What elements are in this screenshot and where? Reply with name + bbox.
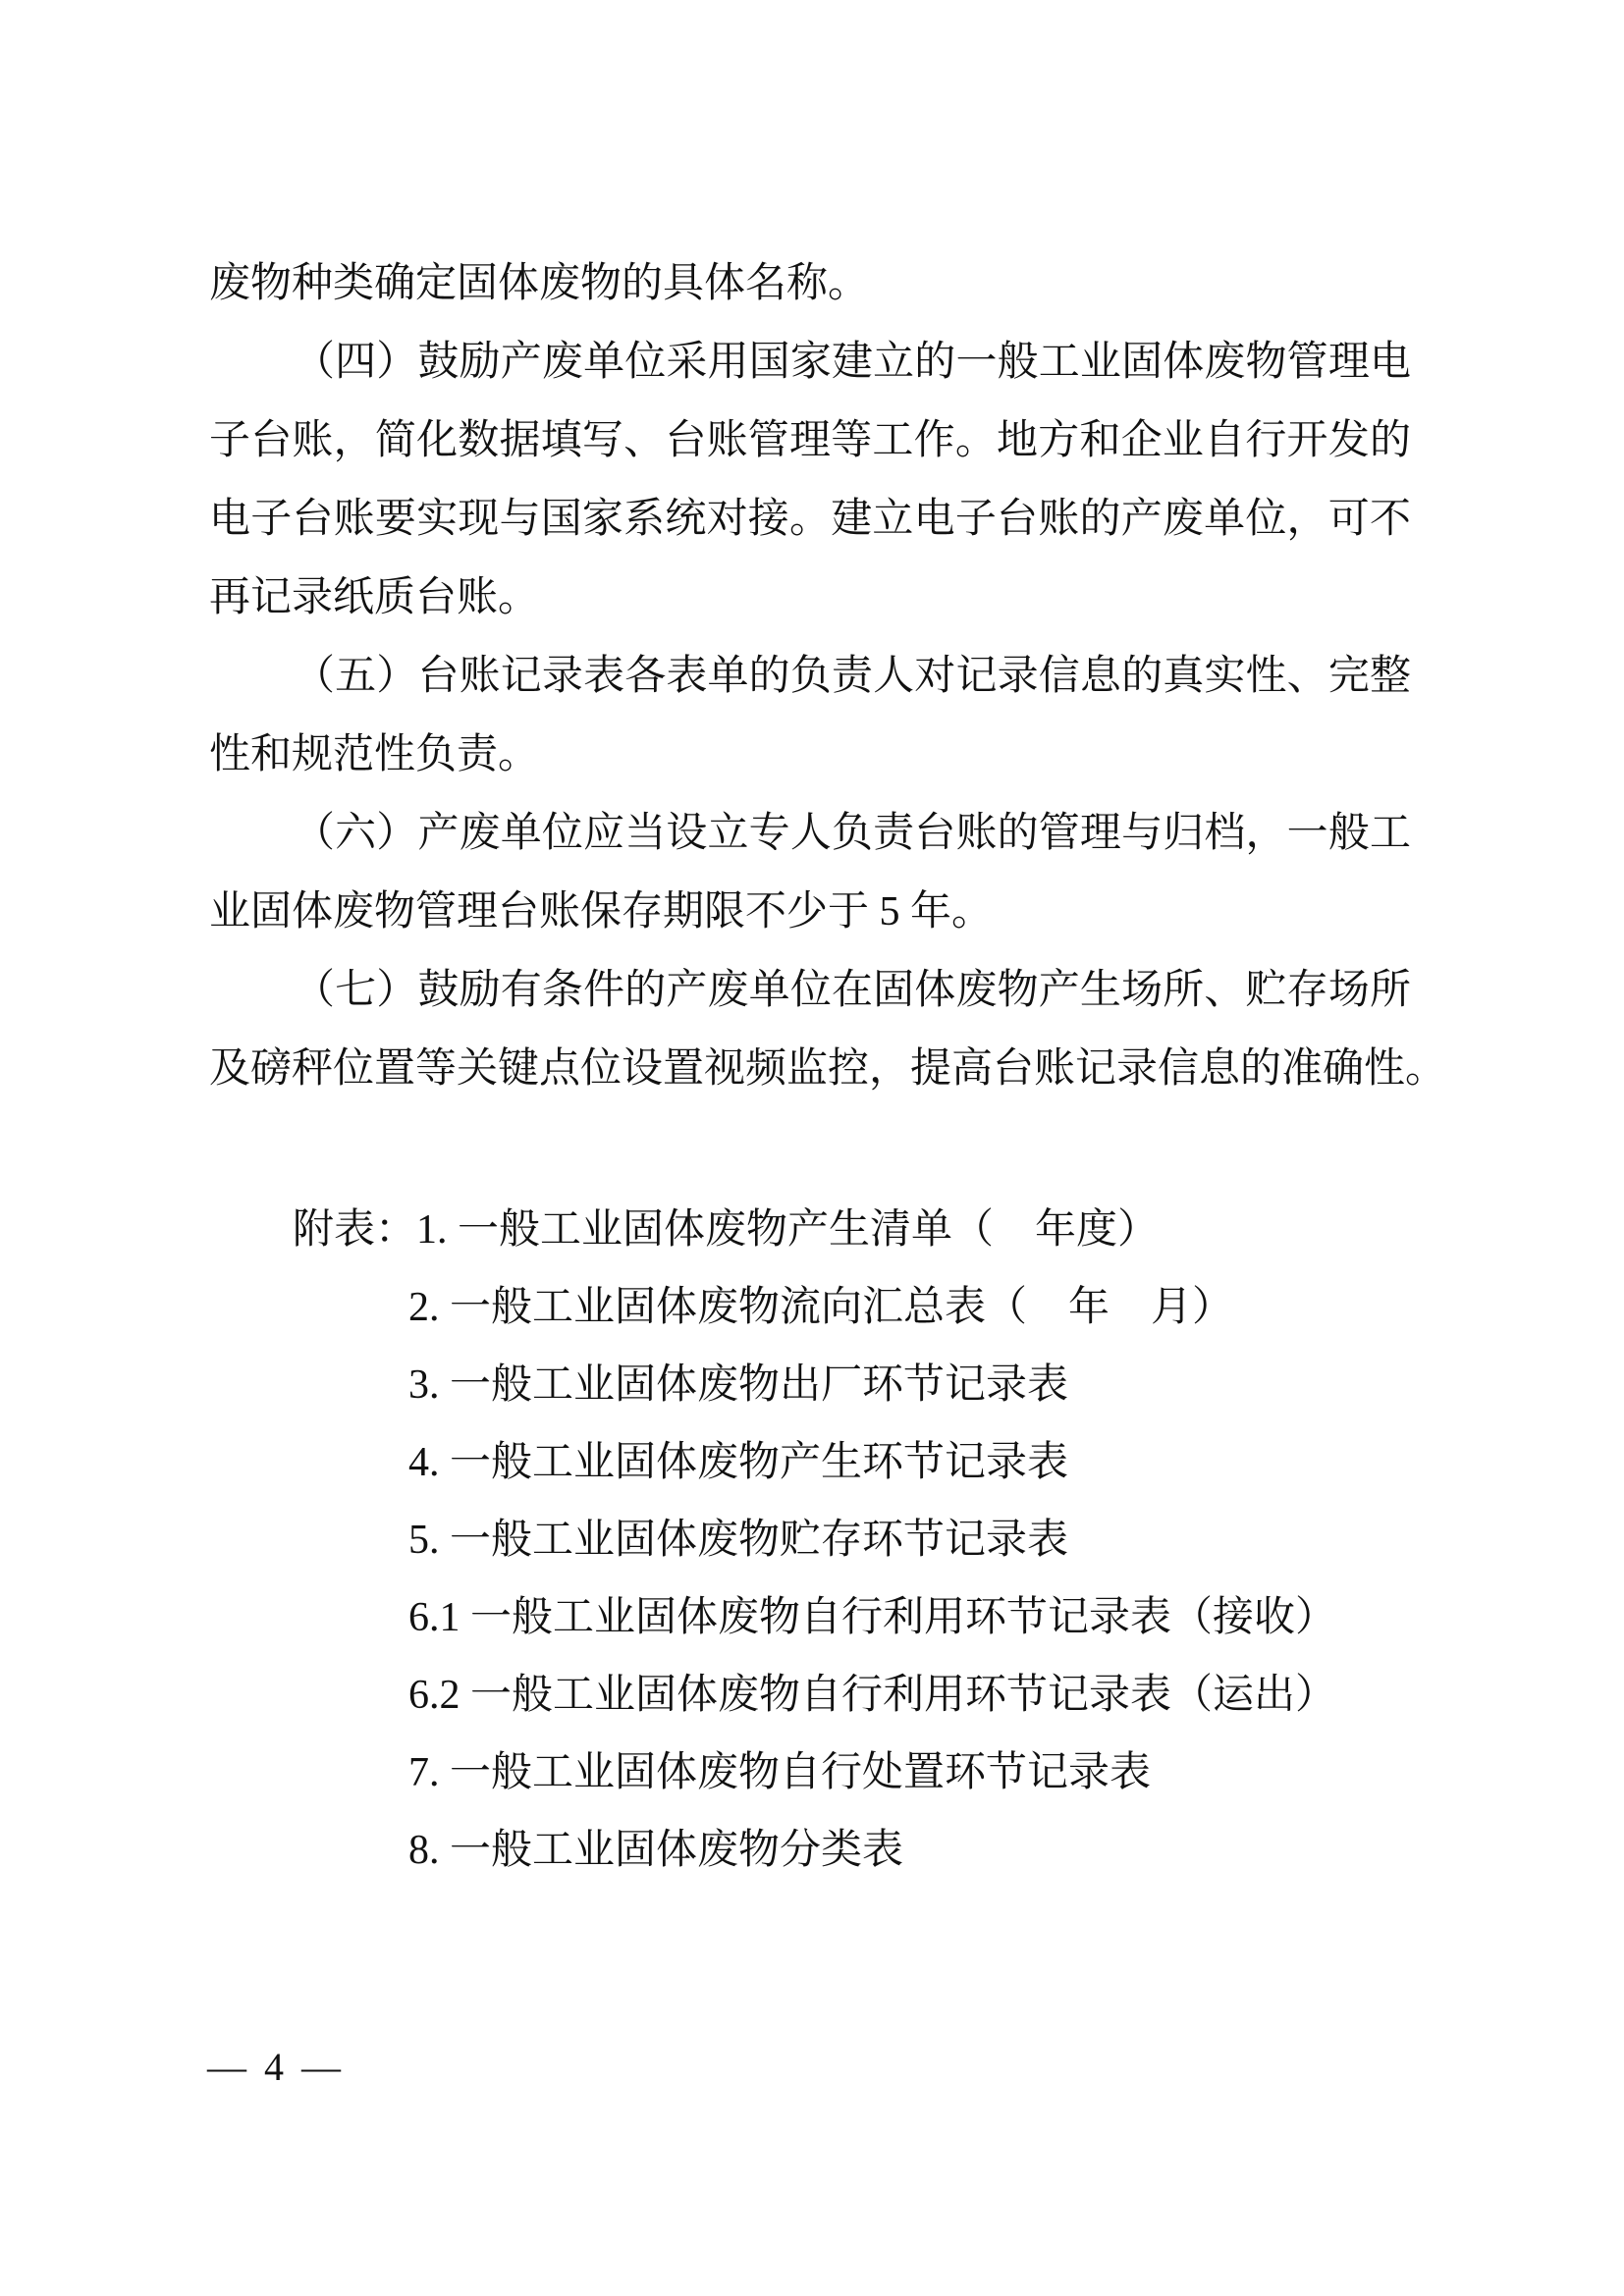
body-line: （六）产废单位应当设立专人负责台账的管理与归档，一般工 [209, 794, 1411, 873]
appendix-item: 2. 一般工业固体废物流向汇总表（ 年 月） [293, 1269, 1510, 1347]
appendix-label: 附表： [293, 1207, 416, 1253]
body-line: 业固体废物管理台账保存期限不少于 5 年。 [209, 873, 1411, 951]
appendix-item: 6.1 一般工业固体废物自行利用环节记录表（接收） [293, 1579, 1510, 1657]
appendix-list: 附表：1. 一般工业固体废物产生清单（ 年度） 2. 一般工业固体废物流向汇总表… [293, 1192, 1510, 1890]
document-page: 废物种类确定固体废物的具体名称。 （四）鼓励产废单位采用国家建立的一般工业固体废… [0, 0, 1624, 2296]
appendix-item: 6.2 一般工业固体废物自行利用环节记录表（运出） [293, 1657, 1510, 1735]
paragraph: （五）台账记录表各表单的负责人对记录信息的真实性、完整 性和规范性负责。 [209, 637, 1411, 794]
page-number: — 4 — [207, 2048, 341, 2087]
body-line: （四）鼓励产废单位采用国家建立的一般工业固体废物管理电 [209, 323, 1411, 401]
appendix-item: 8. 一般工业固体废物分类表 [293, 1812, 1510, 1890]
body-line: 再记录纸质台账。 [209, 559, 1411, 637]
paragraph: 废物种类确定固体废物的具体名称。 [209, 244, 1411, 323]
appendix-item: 5. 一般工业固体废物贮存环节记录表 [293, 1502, 1510, 1579]
body-line: 废物种类确定固体废物的具体名称。 [209, 244, 1411, 323]
paragraph: （四）鼓励产废单位采用国家建立的一般工业固体废物管理电 子台账，简化数据填写、台… [209, 323, 1411, 637]
appendix-item: 7. 一般工业固体废物自行处置环节记录表 [293, 1735, 1510, 1812]
appendix-item: 3. 一般工业固体废物出厂环节记录表 [293, 1347, 1510, 1424]
body-text: 废物种类确定固体废物的具体名称。 （四）鼓励产废单位采用国家建立的一般工业固体废… [209, 244, 1411, 1108]
body-line: 电子台账要实现与国家系统对接。建立电子台账的产废单位，可不 [209, 480, 1411, 559]
body-line: 及磅秤位置等关键点位设置视频监控，提高台账记录信息的准确性。 [209, 1030, 1411, 1108]
body-line: 性和规范性负责。 [209, 716, 1411, 794]
body-line: （七）鼓励有条件的产废单位在固体废物产生场所、贮存场所 [209, 951, 1411, 1030]
appendix-line: 附表：1. 一般工业固体废物产生清单（ 年度） [293, 1192, 1510, 1269]
body-line: （五）台账记录表各表单的负责人对记录信息的真实性、完整 [209, 637, 1411, 716]
appendix-item: 1. 一般工业固体废物产生清单（ 年度） [416, 1207, 1159, 1253]
body-line: 子台账，简化数据填写、台账管理等工作。地方和企业自行开发的 [209, 401, 1411, 480]
appendix-item: 4. 一般工业固体废物产生环节记录表 [293, 1424, 1510, 1502]
paragraph: （七）鼓励有条件的产废单位在固体废物产生场所、贮存场所 及磅秤位置等关键点位设置… [209, 951, 1411, 1108]
paragraph: （六）产废单位应当设立专人负责台账的管理与归档，一般工 业固体废物管理台账保存期… [209, 794, 1411, 951]
